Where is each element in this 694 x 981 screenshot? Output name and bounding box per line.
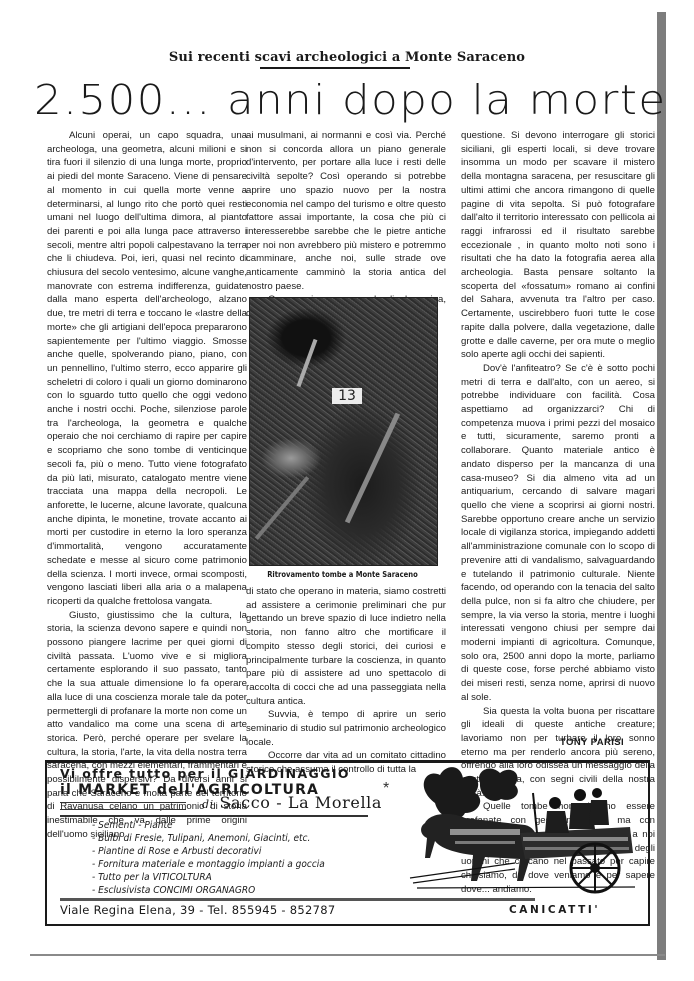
paragraph: Dov'è l'anfiteatro? Se c'è è sotto pochi… [461, 362, 655, 705]
article-column-2-top: ai musulmani, ai normanni e così via. Pe… [246, 129, 446, 321]
paragraph: ai musulmani, ai normanni e così via. Pe… [246, 129, 446, 293]
bone-shape [297, 339, 318, 387]
ad-product-item: - Bulbi di Fresie, Tulipani, Anemoni, Gi… [92, 832, 325, 845]
page-edge-bar [657, 12, 666, 960]
ad-rule [60, 809, 186, 810]
ad-product-item: - Piantine di Rose e Arbusti decorativi [92, 845, 325, 858]
ad-product-item: - Tutto per la VITICOLTURA [92, 871, 325, 884]
advertisement-box: Vi offre tutto per il GIARDINAGGIO il MA… [45, 760, 650, 926]
asterisk-icon: * [383, 780, 389, 798]
ad-shop-label: Sacco - La Morella [219, 793, 382, 812]
ad-address: Viale Regina Elena, 39 - Tel. 855945 - 8… [60, 903, 336, 917]
ad-rule [60, 898, 535, 901]
sicilian-cart-icon [405, 763, 650, 895]
paragraph: questione. Si devono interrogare gli sto… [461, 129, 655, 362]
bone-shape [255, 476, 309, 540]
ad-shop-name: di Sacco - La Morella [202, 793, 382, 812]
article-byline: TONY PARISI [560, 737, 624, 748]
ad-rule [60, 802, 186, 803]
page-bottom-rule [30, 954, 665, 956]
excavation-photo: 13 [249, 297, 438, 566]
article-column-2-bottom: di stato che operano in materia, siamo c… [246, 585, 446, 777]
bone-shape [345, 413, 400, 524]
article-column-1: Alcuni operai, un capo squadra, una arch… [47, 129, 247, 842]
photo-caption: Ritrovamento tombe a Monte Saraceno [263, 570, 422, 579]
ad-product-list: - Sementi - Piante - Bulbi di Fresie, Tu… [92, 819, 325, 897]
paragraph: Suvvia, è tempo di aprire un serio semin… [246, 708, 446, 749]
article-headline: 2.500... anni dopo la morte [34, 76, 681, 124]
ad-tagline: Vi offre tutto per il GIARDINAGGIO [60, 766, 350, 781]
ad-city: CANICATTI' [509, 904, 600, 916]
ad-rule [60, 815, 368, 817]
paragraph: Alcuni operai, un capo squadra, una arch… [47, 129, 247, 609]
ad-product-item: - Sementi - Piante [92, 819, 325, 832]
ad-product-item: - Esclusivista CONCIMI ORGANAGRO [92, 884, 325, 897]
tomb-number-tag: 13 [332, 388, 362, 404]
article-kicker: Sui recenti scavi archeologici a Monte S… [0, 50, 694, 65]
ad-product-item: - Fornitura materiale e montaggio impian… [92, 858, 325, 871]
ad-shop-prefix: di [202, 798, 214, 811]
paragraph: di stato che operano in materia, siamo c… [246, 585, 446, 708]
kicker-underline [260, 67, 410, 69]
